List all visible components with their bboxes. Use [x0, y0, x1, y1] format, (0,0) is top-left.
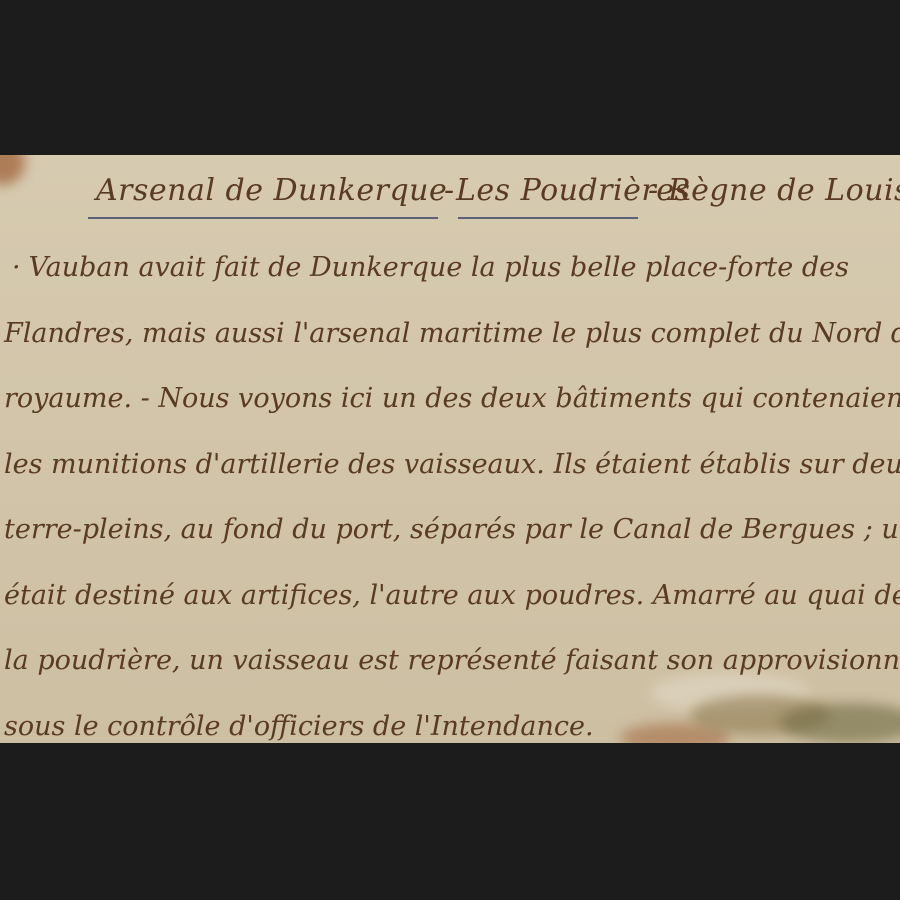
title-underline: [88, 217, 438, 219]
title-separator: -: [444, 173, 454, 208]
text-line: sous le contrôle d'officiers de l'Intend…: [0, 694, 900, 744]
text-line: était destiné aux artifices, l'autre aux…: [0, 563, 900, 629]
document-body: ·Vauban avait fait de Dunkerque la plus …: [0, 235, 900, 743]
bullet-dot: ·: [12, 235, 21, 301]
stain-top-left: [0, 155, 25, 185]
title-arsenal: Arsenal de Dunkerque: [96, 173, 447, 208]
text-line: terre-pleins, au fond du port, séparés p…: [0, 497, 900, 563]
text-line: royaume. - Nous voyons ici un des deux b…: [0, 366, 900, 432]
text-line: Flandres, mais aussi l'arsenal maritime …: [0, 301, 900, 367]
text-line: les munitions d'artillerie des vaisseaux…: [0, 432, 900, 498]
handwritten-card: Arsenal de Dunkerque - Les Poudrières - …: [0, 155, 900, 743]
text-line: ·Vauban avait fait de Dunkerque la plus …: [0, 235, 900, 301]
title-separator: -: [648, 173, 658, 208]
title-regne: Règne de Louis XIV: [668, 173, 900, 208]
text-line: la poudrière, un vaisseau est représenté…: [0, 628, 900, 694]
document-title: Arsenal de Dunkerque - Les Poudrières - …: [88, 165, 890, 220]
title-underline: [458, 217, 638, 219]
